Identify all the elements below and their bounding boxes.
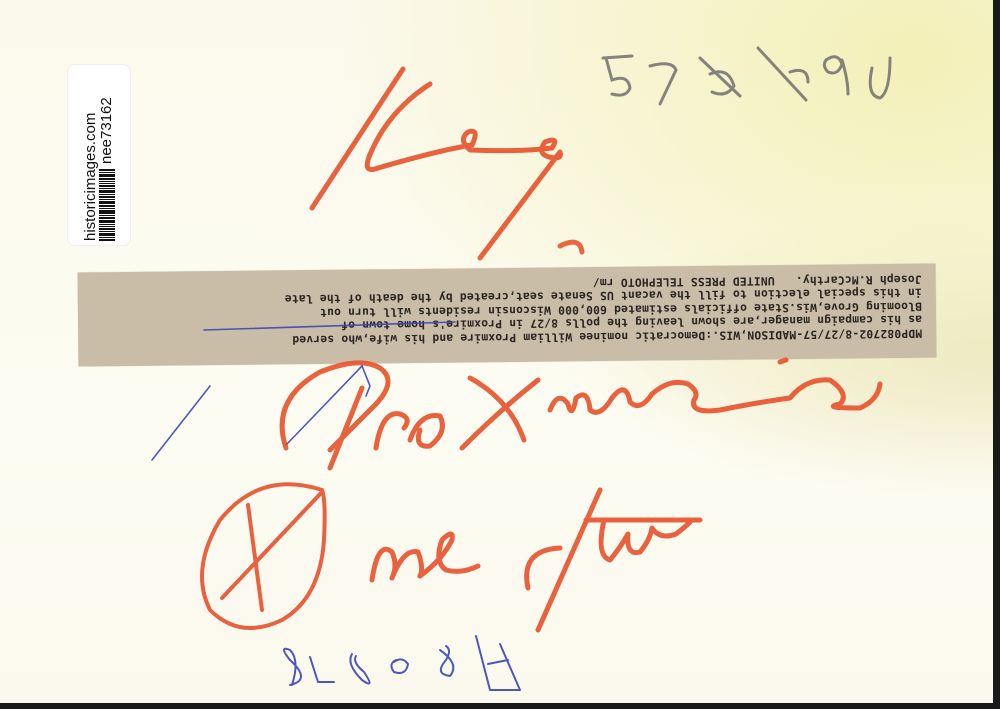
red-crayon-partial-letter [560, 242, 582, 252]
red-circled-x-mark [202, 484, 325, 628]
photo-back-paper: historicimages.com nee73162 MDP082702-8/… [0, 0, 993, 703]
blue-pen-number [284, 636, 520, 690]
red-crayon-one-two [372, 490, 700, 630]
red-crayon-reg [312, 69, 560, 258]
pencil-date-mark [603, 48, 890, 104]
red-crayon-proxmire [282, 360, 880, 468]
handwriting-overlay [0, 0, 1000, 709]
